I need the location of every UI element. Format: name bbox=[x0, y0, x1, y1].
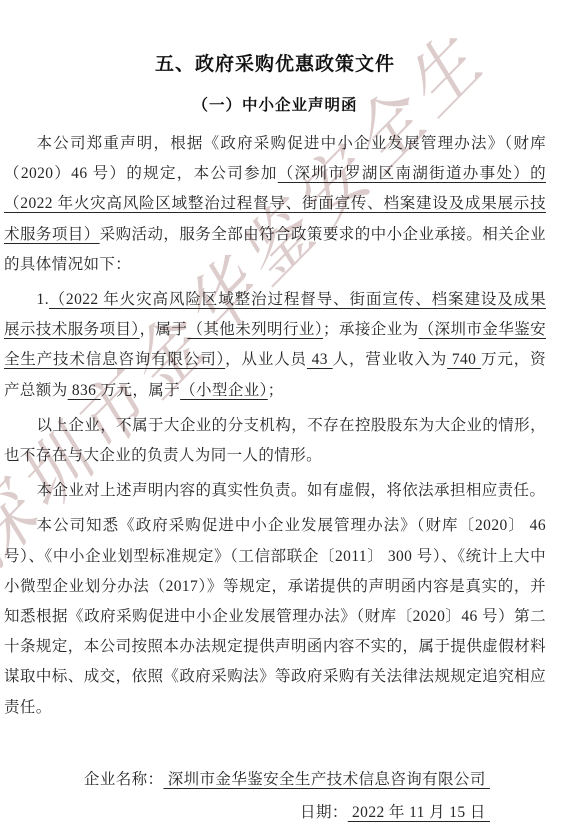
text-segment: ，从业人员 bbox=[225, 351, 307, 368]
document-page: 深圳市金华鉴安全生 五、政府采购优惠政策文件 （一）中小企业声明函 本公司郑重声… bbox=[0, 0, 566, 837]
filled-blank: 836 bbox=[68, 382, 101, 399]
company-name-value: 深圳市金华鉴安全生产技术信息咨询有限公司 bbox=[163, 771, 490, 788]
text-segment: 本企业对上述声明内容的真实性负责。如有虚假，将依法承担相应责任。 bbox=[37, 482, 546, 499]
text-segment: 万元，属于 bbox=[101, 382, 181, 399]
company-name-label: 企业名称： bbox=[84, 771, 164, 788]
signature-block: 企业名称： 深圳市金华鉴安全生产技术信息咨询有限公司 日期： 2022 年 11… bbox=[4, 765, 546, 828]
date-value: 2022 年 11 月 15 日 bbox=[348, 804, 490, 821]
date-line: 日期： 2022 年 11 月 15 日 bbox=[4, 798, 546, 828]
text-segment: ；承接企业为 bbox=[323, 321, 419, 338]
paragraph-enterprise-details: 1.（2022 年火灾高风险区域整治过程督导、街面宣传、档案建设及成果展示技术服… bbox=[4, 285, 546, 406]
filled-blank: 43 bbox=[307, 351, 333, 368]
text-segment: 以上企业，不属于大企业的分支机构，不存在控股股东为大企业的情形，也不存在与大企业… bbox=[4, 417, 546, 464]
text-segment: 1. bbox=[37, 291, 49, 308]
paragraph-legal-acknowledgement: 本公司知悉《政府采购促进中小企业发展管理办法》（财库〔2020〕 46 号）、《… bbox=[4, 511, 546, 722]
paragraph-declaration-intro: 本公司郑重声明，根据《政府采购促进中小企业发展管理办法》（财库（2020）46 … bbox=[4, 129, 546, 280]
section-subtitle: （一）中小企业声明函 bbox=[4, 95, 546, 116]
text-segment: ； bbox=[268, 382, 284, 399]
date-label: 日期： bbox=[300, 804, 348, 821]
company-name-line: 企业名称： 深圳市金华鉴安全生产技术信息咨询有限公司 bbox=[4, 765, 546, 795]
text-segment: ，属于 bbox=[140, 321, 188, 338]
paragraph-independence-statement: 以上企业，不属于大企业的分支机构，不存在控股股东为大企业的情形，也不存在与大企业… bbox=[4, 411, 546, 471]
filled-blank: （小型企业） bbox=[180, 382, 268, 399]
document-content: 五、政府采购优惠政策文件 （一）中小企业声明函 本公司郑重声明，根据《政府采购促… bbox=[0, 0, 566, 828]
text-segment: 本公司知悉《政府采购促进中小企业发展管理办法》（财库〔2020〕 46 号）、《… bbox=[4, 517, 546, 715]
document-title: 五、政府采购优惠政策文件 bbox=[4, 0, 546, 78]
paragraph-truthfulness-statement: 本企业对上述声明内容的真实性负责。如有虚假，将依法承担相应责任。 bbox=[4, 476, 546, 506]
filled-blank: （其他未列明行业） bbox=[187, 321, 323, 338]
declaration-body: 本公司郑重声明，根据《政府采购促进中小企业发展管理办法》（财库（2020）46 … bbox=[4, 129, 546, 723]
filled-blank: 740 bbox=[447, 351, 481, 368]
text-segment: 人，营业收入为 bbox=[333, 351, 447, 368]
